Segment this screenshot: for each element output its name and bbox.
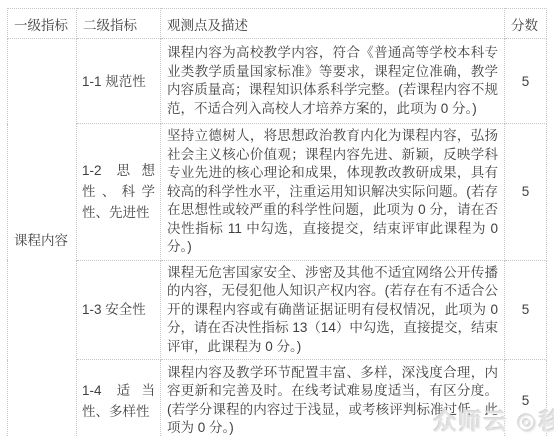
description-cell: 坚持立德树人，将思想政治教育内化为课程内容，弘扬社会主义核心价值观；课程内容先进… — [161, 124, 505, 261]
description-cell: 课程内容为高校教学内容，符合《普通高等学校本科专业类教学质量国家标准》等要求，课… — [161, 39, 505, 124]
table-row: 课程内容 1-1 规范性 课程内容为高校教学内容，符合《普通高等学校本科专业类教… — [8, 39, 547, 124]
header-observation-description: 观测点及描述 — [161, 9, 505, 39]
score-cell: 5 — [505, 124, 547, 261]
score-cell: 5 — [505, 360, 547, 437]
header-second-level-indicator: 二级指标 — [77, 9, 161, 39]
second-level-indicator-cell: 1-3 安全性 — [77, 260, 161, 360]
score-cell: 5 — [505, 39, 547, 124]
table-row: 1-4 适当性、多样性 课程内容及教学环节配置丰富、多样，深浅度合理，内容更新和… — [8, 360, 547, 437]
score-cell: 5 — [505, 260, 547, 360]
first-level-indicator-cell: 课程内容 — [8, 39, 77, 437]
description-cell: 课程内容及教学环节配置丰富、多样，深浅度合理，内容更新和完善及时。在线考试难易度… — [161, 360, 505, 437]
second-level-indicator-cell: 1-2 思想性、科学性、先进性 — [77, 124, 161, 261]
evaluation-rubric-table: 一级指标 二级指标 观测点及描述 分数 课程内容 1-1 规范性 课程内容为高校… — [7, 8, 547, 437]
second-level-indicator-cell: 1-4 适当性、多样性 — [77, 360, 161, 437]
table-row: 1-2 思想性、科学性、先进性 坚持立德树人，将思想政治教育内化为课程内容，弘扬… — [8, 124, 547, 261]
header-row: 一级指标 二级指标 观测点及描述 分数 — [8, 9, 547, 39]
header-first-level-indicator: 一级指标 — [8, 9, 77, 39]
description-cell: 课程无危害国家安全、涉密及其他不适宜网络公开传播的内容，无侵犯他人知识产权内容。… — [161, 260, 505, 360]
second-level-indicator-cell: 1-1 规范性 — [77, 39, 161, 124]
rubric-sheet: 一级指标 二级指标 观测点及描述 分数 课程内容 1-1 规范性 课程内容为高校… — [0, 0, 554, 437]
table-row: 1-3 安全性 课程无危害国家安全、涉密及其他不适宜网络公开传播的内容，无侵犯他… — [8, 260, 547, 360]
header-score: 分数 — [505, 9, 547, 39]
